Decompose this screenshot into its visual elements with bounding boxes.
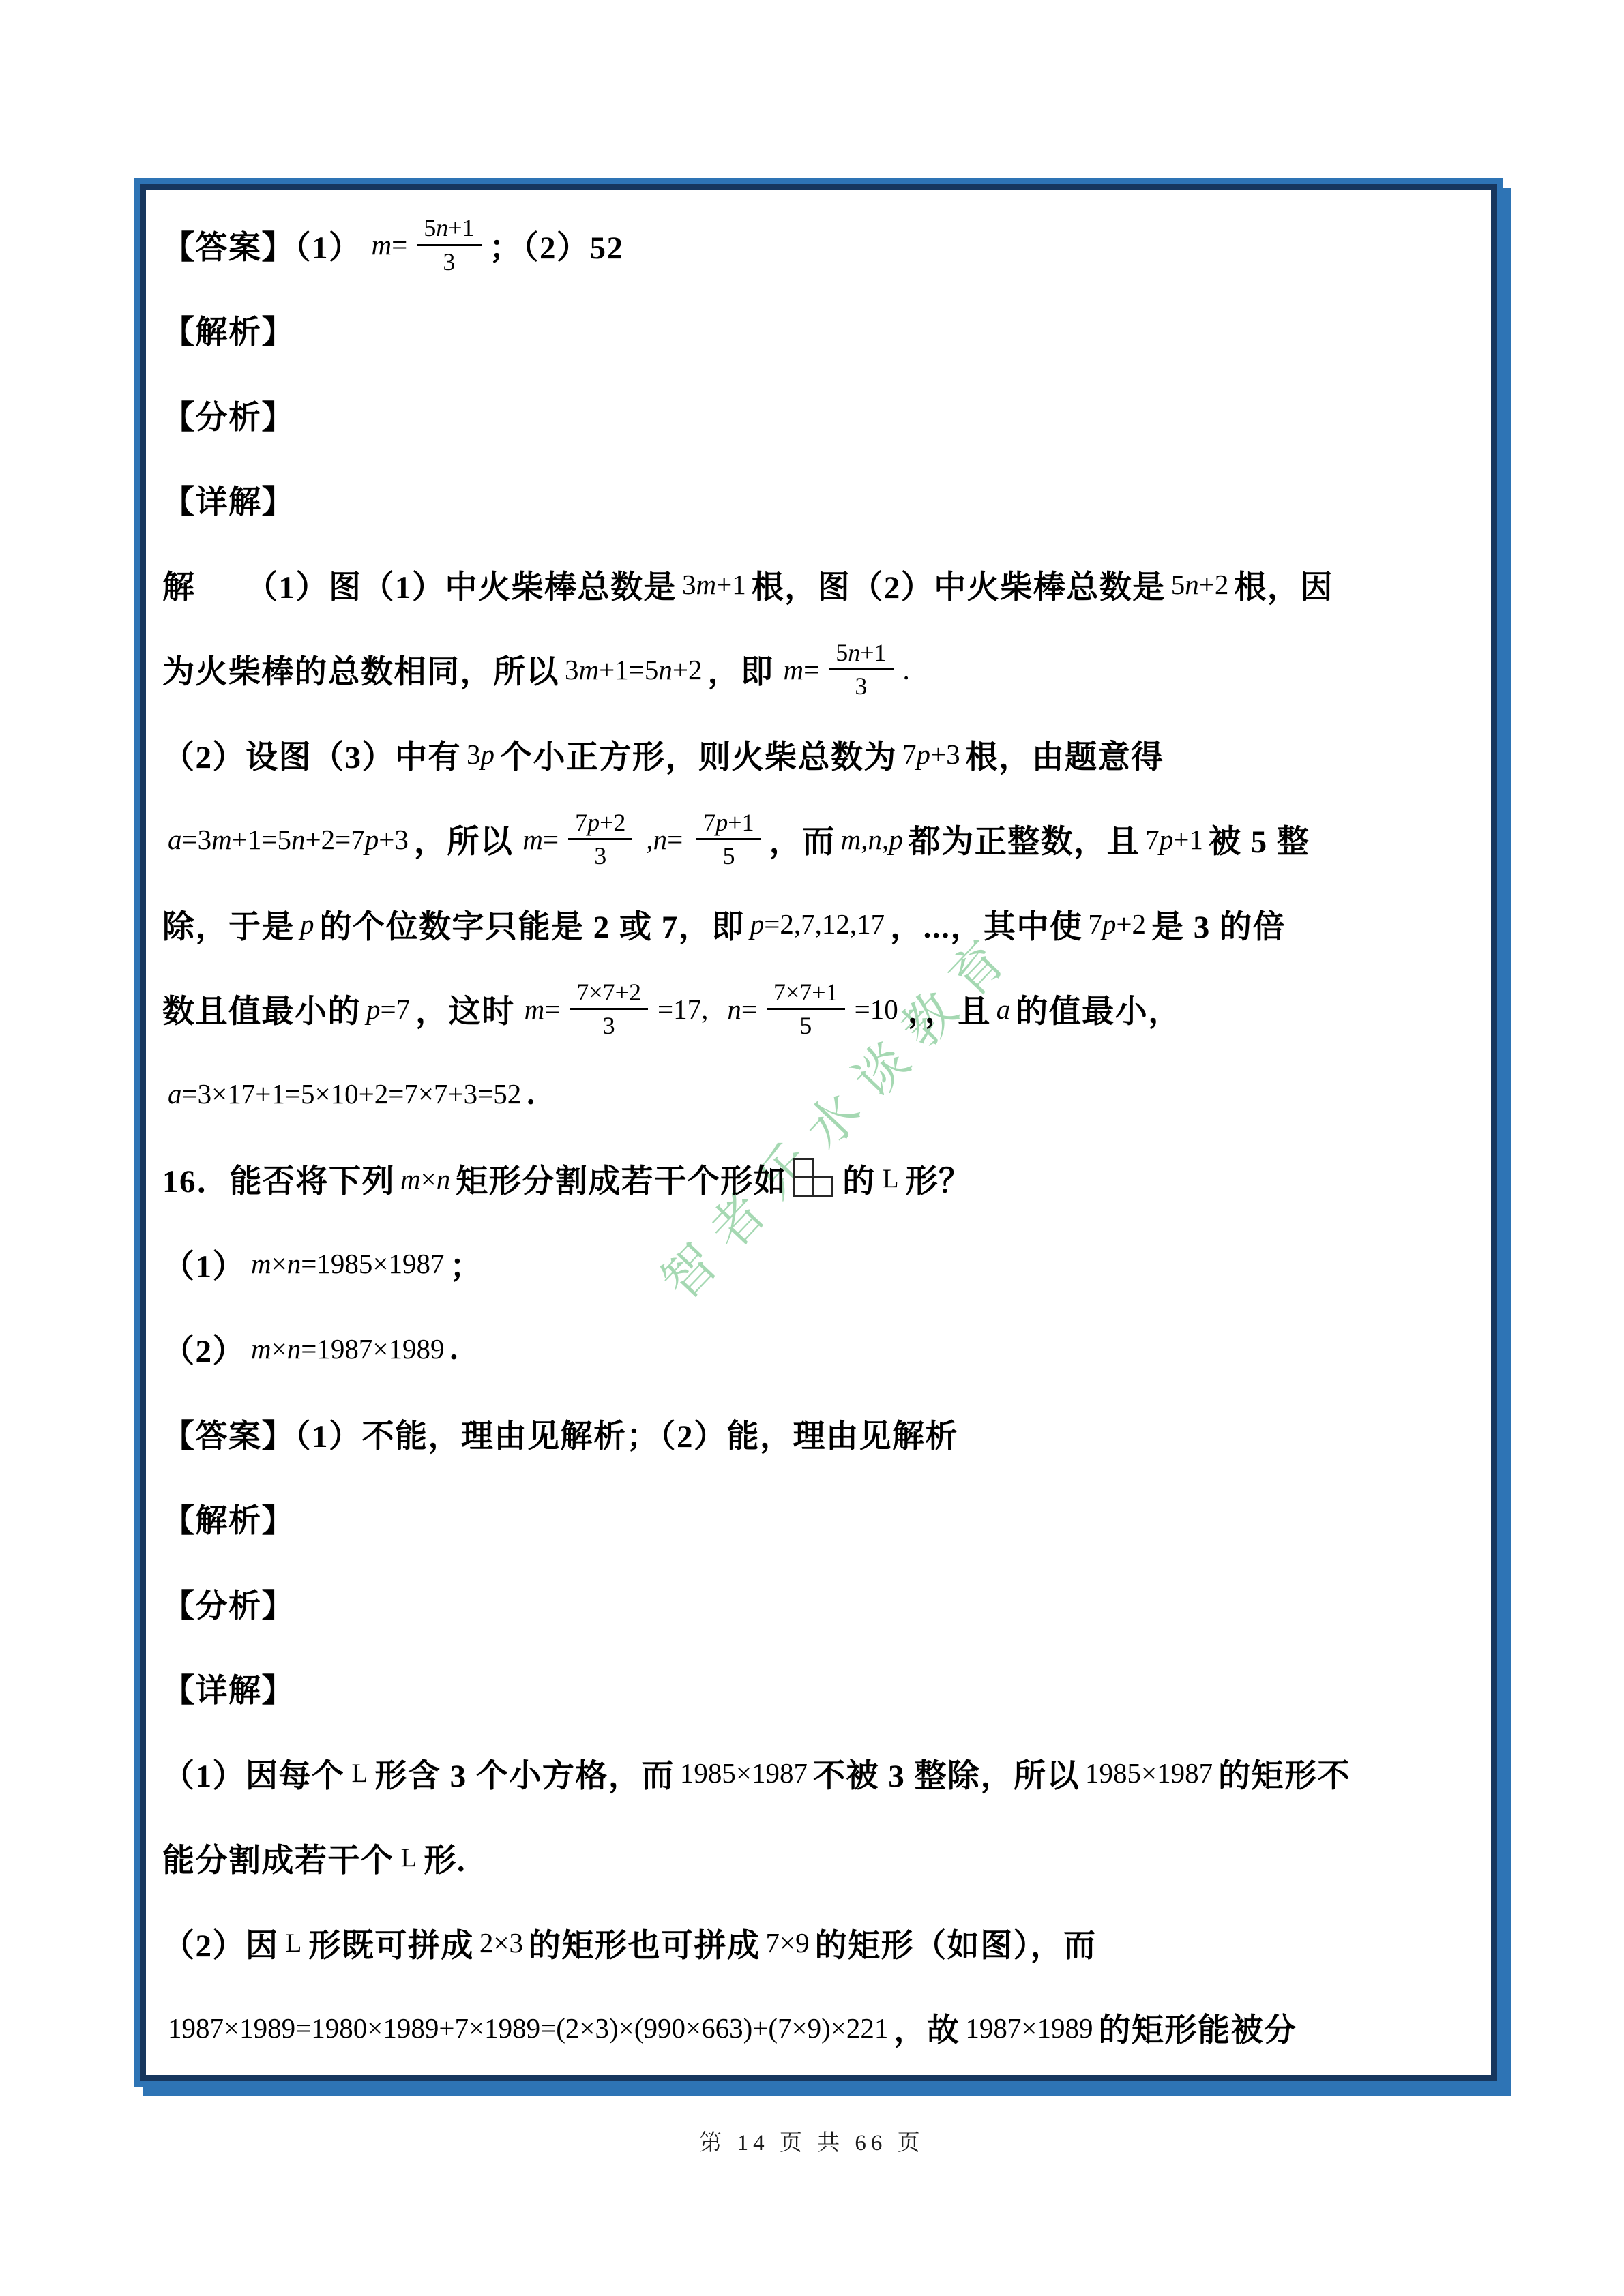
math-text: a=3×17+1=5×10+2=7×7+3=52 (168, 1077, 521, 1110)
math-text: =17, (658, 993, 708, 1026)
cn-text: 形既可拼成 (308, 1920, 474, 1966)
page-frame-inner: 智者乐水谈教育 【答案】（1）m=5n+13；（2）52【解析】【分析】【详解】… (140, 184, 1497, 2081)
math-text: m= (372, 228, 408, 261)
cn-text: 能分割成若干个 (162, 1835, 394, 1881)
cn-text: （2） (162, 1326, 246, 1371)
text-line: 【详解】 (162, 458, 1465, 543)
fraction: m=7×7+23=17, (519, 979, 714, 1040)
text-line: （2）m×n=1987×1989. (162, 1307, 1465, 1392)
cn-text: ，所以 (414, 816, 514, 862)
cn-text: ，而 (769, 816, 836, 862)
roman-math-text: L (352, 1758, 368, 1789)
fraction-denominator: 5 (799, 1010, 812, 1039)
cn-text: ，...，其中使 (890, 901, 1082, 947)
grid-cell (812, 1176, 833, 1197)
cn-text: ； (449, 1241, 483, 1287)
cn-text: （1） (162, 1241, 246, 1287)
math-text: 7p+3 (902, 738, 960, 771)
grid-cell (793, 1176, 814, 1197)
cn-text: 为火柴棒的总数相同，所以 (162, 646, 559, 692)
page-number-footer: 第 14 页 共 66 页 (0, 2125, 1624, 2157)
text-line: a=3m+1=5n+2=7p+3，所以m=7p+23,n=7p+15，而m,n,… (162, 797, 1465, 882)
math-text: 1987×1989 (965, 2012, 1093, 2044)
cn-text: 【解析】 (162, 1495, 295, 1541)
text-line: （2）设图（3）中有3p个小正方形，则火柴总数为7p+3根，由题意得 (162, 712, 1465, 797)
math-text: 1985×1987 (1085, 1757, 1213, 1789)
cn-text: 【答案】（1） (162, 222, 362, 268)
cn-text: 的矩形能被分 (1099, 2005, 1297, 2051)
cn-text: 矩形分割成若干个形如 (456, 1156, 786, 1202)
cn-text: ，，且 (908, 986, 991, 1032)
cn-text: 形？ (906, 1156, 972, 1202)
fraction-numerator: 7p+2 (568, 809, 632, 840)
cn-text: 的 (842, 1156, 876, 1202)
text-line: （2）因L形既可拼成2×3的矩形也可拼成7×9的矩形（如图），而 (162, 1900, 1465, 1986)
grid-cell (793, 1158, 814, 1179)
math-text: 1985×1987 (680, 1757, 808, 1789)
fraction: n=7×7+15=10 (722, 979, 903, 1040)
cn-text: 的矩形（如图），而 (815, 1920, 1097, 1966)
text-line: 除，于是p的个位数字只能是 2 或 7，即p=2,7,12,17，...，其中使… (162, 882, 1465, 967)
cn-text: 【解析】 (162, 307, 295, 353)
math-text: 5n+2 (1171, 568, 1229, 601)
fraction-numerator: 5n+1 (829, 639, 893, 670)
text-line: 【答案】（1）m=5n+13；（2）52 (162, 203, 1465, 288)
math-text: m×n (400, 1163, 450, 1195)
text-line: （1）因每个L形含 3 个小方格，而1985×1987不被 3 整除，所以198… (162, 1731, 1465, 1816)
cn-text: . (527, 1075, 535, 1112)
cn-text: ，这时 (415, 986, 515, 1032)
cn-text: （1）因每个 (162, 1750, 345, 1796)
math-text: m= (525, 993, 561, 1026)
math-text: =10 (855, 993, 898, 1026)
cn-text: 的值最小， (1016, 986, 1181, 1032)
cn-text: 16．能否将下列 (162, 1156, 395, 1202)
cn-text: 【分析】 (162, 392, 295, 438)
page-frame: 智者乐水谈教育 【答案】（1）m=5n+13；（2）52【解析】【分析】【详解】… (134, 178, 1503, 2087)
document-page: 智者乐水谈教育 【答案】（1）m=5n+13；（2）52【解析】【分析】【详解】… (0, 0, 1624, 2296)
math-text: 7p+1 (1145, 823, 1203, 856)
fraction-stack: 7×7+23 (570, 979, 648, 1040)
cn-text: ，故 (894, 2005, 960, 2051)
cn-text: 【答案】（1）不能，理由见解析；（2）能，理由见解析 (162, 1411, 958, 1457)
fraction: m=5n+13. (778, 639, 915, 700)
cn-text: 都为正整数，且 (909, 816, 1140, 862)
fraction-stack: 5n+13 (417, 214, 481, 275)
cn-text: 【详解】 (162, 477, 295, 522)
math-text: 3m+1=5n+2 (565, 653, 702, 686)
cn-text: 数且值最小的 (162, 986, 361, 1032)
cn-text: 根，由题意得 (966, 732, 1164, 777)
math-text: 7p+2 (1088, 908, 1146, 940)
fraction-stack: 5n+13 (829, 639, 893, 700)
fraction-stack: 7p+15 (696, 809, 761, 870)
cn-text: 不被 3 整除，所以 (813, 1750, 1080, 1796)
cn-text: 个小正方形，则火柴总数为 (500, 732, 897, 777)
text-line: 解 （1）图（1）中火柴棒总数是3m+1根，图（2）中火柴棒总数是5n+2根，因 (162, 542, 1465, 627)
text-line: 16．能否将下列m×n矩形分割成若干个形如的L形？ (162, 1137, 1465, 1222)
math-text: p=7 (366, 993, 410, 1026)
cn-text: 被 5 整 (1209, 816, 1310, 862)
fraction-denominator: 3 (594, 840, 606, 869)
cn-text: ；（2）52 (490, 222, 624, 268)
cn-text: . (449, 1330, 458, 1367)
cn-text: 根，因 (1234, 562, 1333, 608)
text-line: 【详解】 (162, 1646, 1465, 1731)
fraction-denominator: 3 (855, 670, 867, 700)
math-text: p (300, 908, 314, 940)
cn-text: 根，图（2）中火柴棒总数是 (752, 562, 1166, 608)
math-text: 2×3 (479, 1926, 523, 1959)
fraction-denominator: 3 (603, 1010, 615, 1039)
fraction: 7p+15 (692, 809, 765, 870)
math-text: a=3m+1=5n+2=7p+3 (168, 823, 409, 856)
fraction: m=7p+23 (517, 809, 636, 870)
fraction-denominator: 5 (722, 840, 735, 869)
roman-math-text: L (883, 1163, 899, 1194)
fraction-numerator: 7×7+1 (767, 979, 845, 1010)
text-line: 能分割成若干个L形. (162, 1816, 1465, 1901)
math-text: . (903, 653, 910, 686)
math-text: 3p (467, 738, 494, 771)
fraction-numerator: 7×7+2 (570, 979, 648, 1010)
math-text: m= (522, 823, 559, 856)
cn-text: （2）因 (162, 1920, 279, 1966)
math-text: m×n=1987×1989 (251, 1332, 444, 1365)
roman-math-text: L (286, 1928, 302, 1958)
text-line: 为火柴棒的总数相同，所以3m+1=5n+2，即m=5n+13. (162, 627, 1465, 713)
cn-text: ，即 (707, 646, 773, 692)
math-text: 7×9 (765, 1926, 809, 1959)
text-line: 【分析】 (162, 372, 1465, 458)
cn-text: 【详解】 (162, 1665, 295, 1711)
fraction-numerator: 7p+1 (696, 809, 761, 840)
cn-text: （2）设图（3）中有 (162, 732, 461, 777)
cn-text: 的矩形不 (1218, 1750, 1350, 1796)
cn-text: 除，于是 (162, 901, 295, 947)
text-line: 【答案】（1）不能，理由见解析；（2）能，理由见解析 (162, 1391, 1465, 1476)
text-line: 1987×1989=1980×1989+7×1989=(2×3)×(990×66… (162, 1986, 1465, 2071)
math-text: ,n= (646, 823, 683, 856)
cn-text: 解 （1）图（1）中火柴棒总数是 (162, 562, 677, 608)
cn-text: 的矩形也可拼成 (529, 1920, 761, 1966)
fraction-stack: 7p+23 (568, 809, 632, 870)
cn-text: 形. (424, 1835, 466, 1881)
text-line: 【分析】 (162, 1561, 1465, 1646)
roman-math-text: L (401, 1843, 417, 1873)
math-text: a (996, 993, 1011, 1026)
l-tromino-icon (793, 1158, 836, 1200)
math-text: n= (727, 993, 757, 1026)
cn-text: 形含 3 个小方格，而 (374, 1750, 675, 1796)
document-body: 【答案】（1）m=5n+13；（2）52【解析】【分析】【详解】解 （1）图（1… (162, 203, 1465, 2070)
text-line: （1）m×n=1985×1987； (162, 1221, 1465, 1307)
text-line: 【解析】 (162, 1476, 1465, 1562)
fraction-numerator: 5n+1 (417, 214, 481, 245)
math-text: m×n=1985×1987 (251, 1247, 444, 1280)
text-line: 数且值最小的p=7，这时m=7×7+23=17,n=7×7+15=10，，且a的… (162, 967, 1465, 1052)
fraction: m=5n+13 (366, 214, 486, 275)
math-text: 1987×1989=1980×1989+7×1989=(2×3)×(990×66… (168, 2012, 888, 2044)
math-text: m,n,p (841, 823, 903, 856)
cn-text: 是 3 的倍 (1151, 901, 1286, 947)
text-line: 【解析】 (162, 288, 1465, 373)
math-text: m= (783, 653, 819, 686)
text-line: a=3×17+1=5×10+2=7×7+3=52. (162, 1052, 1465, 1137)
cn-text: 【分析】 (162, 1581, 295, 1626)
cn-text: 的个位数字只能是 2 或 7，即 (320, 901, 745, 947)
fraction-stack: 7×7+15 (767, 979, 845, 1040)
math-text: 3m+1 (682, 568, 746, 601)
fraction-denominator: 3 (443, 246, 455, 275)
math-text: p=2,7,12,17 (750, 908, 885, 940)
